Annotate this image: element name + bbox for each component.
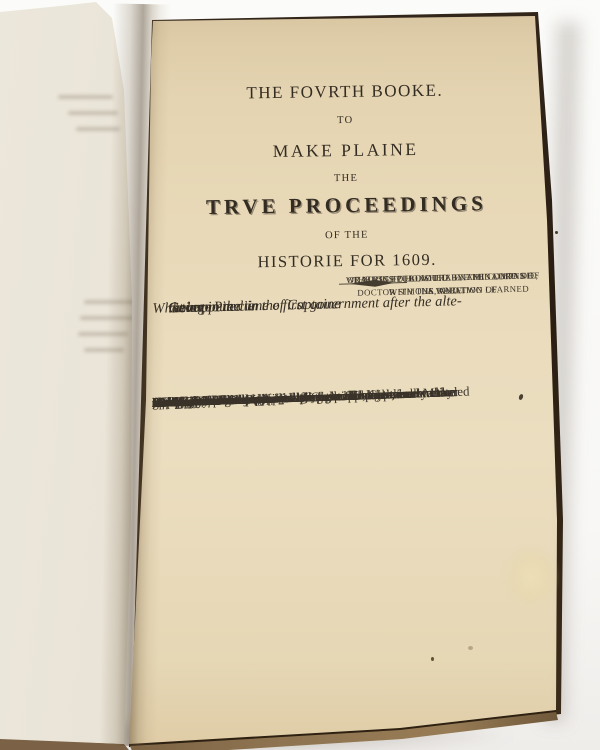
header-line: OF THE <box>153 227 541 243</box>
ink-speck <box>555 231 558 234</box>
header-line: TRVE PROCEEDINGS <box>152 191 540 218</box>
body-text: The day before Captaine Smith returned f… <box>152 382 540 412</box>
header-line: THE <box>152 170 540 186</box>
text-run: Governour. <box>168 299 234 318</box>
header-line: TO <box>151 112 539 128</box>
mid-block: WE MUST FOLLOW THE EXAMINATIONS OF DOCTO… <box>152 269 540 300</box>
header-line: HISTORIE FOR 1609. <box>153 249 541 271</box>
photo-background: THE FOVRTH BOOKE.TOMAKE PLAINETHETRVE PR… <box>0 0 600 750</box>
page-text: THE FOVRTH BOOKE.TOMAKE PLAINETHETRVE PR… <box>152 0 540 750</box>
text-run: the Kings daughter <box>152 392 251 410</box>
header-block: THE FOVRTH BOOKE.TOMAKE PLAINETHETRVE PR… <box>151 80 542 271</box>
header-line: MAKE PLAINE <box>152 138 540 161</box>
header-line: THE FOVRTH BOOKE. <box>151 80 539 103</box>
show-through-mark <box>58 95 113 99</box>
swelled-rule-arrow-icon <box>339 278 407 290</box>
